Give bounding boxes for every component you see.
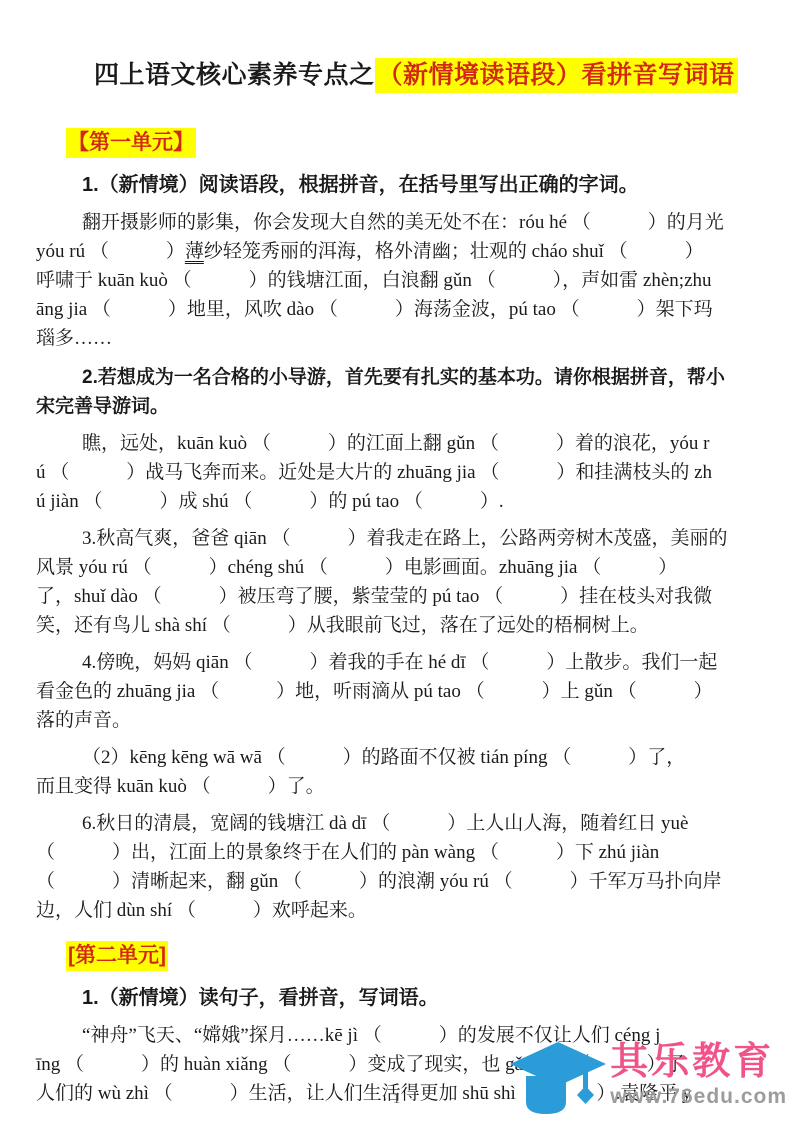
passage-segment: 纱轻笼秀丽的洱海，格外清幽；壮观的 cháo shuǐ （ ） xyxy=(204,241,704,262)
passage-line: 瑙多…… xyxy=(36,324,773,353)
unit1-question1-heading: 1.（新情境）阅读语段，根据拼音，在括号里写出正确的字词。 xyxy=(36,170,773,200)
worksheet-page: 四上语文核心素养专点之（新情境读语段）看拼音写词语 【第一单元】 1.（新情境）… xyxy=(0,0,793,1108)
unit1-label: 【第一单元】 xyxy=(66,128,196,158)
passage-line: 了，shuǐ dào （ ）被压弯了腰，紫莹莹的 pú tao （ ）挂在枝头对… xyxy=(36,582,773,611)
unit1-passage4: 4.傍晚，妈妈 qiān （ ）着我的手在 hé dī （ ）上散步。我们一起 … xyxy=(36,648,773,735)
passage-line: （ ）出，江面上的景象终于在人们的 pàn wàng （ ）下 zhú jiàn xyxy=(36,838,773,867)
watermark-url: www.76edu.com xyxy=(610,1084,787,1110)
passage-line: 而且变得 kuān kuò （ ）了。 xyxy=(36,772,773,801)
passage-line: 风景 yóu rú （ ）chéng shú （ ）电影画面。zhuāng ji… xyxy=(36,553,773,582)
watermark-text: 其乐教育 www.76edu.com xyxy=(610,1040,787,1110)
passage-line: ú （ ）战马飞奔而来。近处是大片的 zhuāng jia （ ）和挂满枝头的 … xyxy=(36,458,773,487)
unit2-label: [第二单元] xyxy=(66,941,168,971)
heading-line: 2.若想成为一名合格的小导游，首先要有扎实的基本功。请你根据拼音，帮小 xyxy=(36,363,773,392)
graduation-cap-icon xyxy=(508,1040,608,1122)
passage-line: 翻开摄影师的影集，你会发现大自然的美无处不在：róu hé （ ）的月光 xyxy=(36,208,773,237)
page-title: 四上语文核心素养专点之（新情境读语段）看拼音写词语 xyxy=(94,56,773,94)
unit1-passage2: 瞧，远处，kuān kuò （ ）的江面上翻 gǔn （ ）着的浪花，yóu r… xyxy=(36,429,773,516)
passage-line: （ ）清晰起来，翻 gǔn （ ）的浪潮 yóu rú （ ）千军万马扑向岸 xyxy=(36,867,773,896)
passage-line: ú jiàn （ ）成 shú （ ）的 pú tao （ ）. xyxy=(36,487,773,516)
passage-line: 边，人们 dùn shí （ ）欢呼起来。 xyxy=(36,896,773,925)
unit1-passage3: 3.秋高气爽，爸爸 qiān （ ）着我走在路上，公路两旁树木茂盛，美丽的 风景… xyxy=(36,524,773,640)
passage-line: 瞧，远处，kuān kuò （ ）的江面上翻 gǔn （ ）着的浪花，yóu r xyxy=(36,429,773,458)
passage-segment: yóu rú （ ） xyxy=(36,241,185,262)
unit2-question1-heading: 1.（新情境）读句子，看拼音，写词语。 xyxy=(36,983,773,1013)
unit1-question2-heading: 2.若想成为一名合格的小导游，首先要有扎实的基本功。请你根据拼音，帮小 宋完善导… xyxy=(36,363,773,421)
underlined-char: 薄 xyxy=(185,241,204,262)
heading-line: 宋完善导游词。 xyxy=(36,392,773,421)
unit1-passage1: 翻开摄影师的影集，你会发现大自然的美无处不在：róu hé （ ）的月光 yóu… xyxy=(36,208,773,353)
passage-line: 笑，还有鸟儿 shà shí （ ）从我眼前飞过，落在了远处的梧桐树上。 xyxy=(36,611,773,640)
passage-line: 呼啸于 kuān kuò （ ）的钱塘江面，白浪翻 gǔn （ ），声如雷 zh… xyxy=(36,266,773,295)
passage-line: 3.秋高气爽，爸爸 qiān （ ）着我走在路上，公路两旁树木茂盛，美丽的 xyxy=(36,524,773,553)
page-title-highlight: （新情境读语段）看拼音写词语 xyxy=(375,58,738,93)
passage-line: āng jia （ ）地里，风吹 dào （ ）海荡金波，pú tao （ ）架… xyxy=(36,295,773,324)
passage-line: （2）kēng kēng wā wā （ ）的路面不仅被 tián píng （… xyxy=(36,743,773,772)
unit1-passage6: 6.秋日的清晨，宽阔的钱塘江 dà dī （ ）上人山人海，随着红日 yuè （… xyxy=(36,809,773,925)
passage-line: 看金色的 zhuāng jia （ ）地，听雨滴从 pú tao （ ）上 gǔ… xyxy=(36,677,773,706)
passage-line: yóu rú （ ）薄纱轻笼秀丽的洱海，格外清幽；壮观的 cháo shuǐ （… xyxy=(36,237,773,266)
page-title-prefix: 四上语文核心素养专点之 xyxy=(94,61,375,89)
watermark-brand: 其乐教育 xyxy=(610,1040,787,1084)
passage-line: 落的声音。 xyxy=(36,706,773,735)
passage-line: 6.秋日的清晨，宽阔的钱塘江 dà dī （ ）上人山人海，随着红日 yuè xyxy=(36,809,773,838)
passage-line: 4.傍晚，妈妈 qiān （ ）着我的手在 hé dī （ ）上散步。我们一起 xyxy=(36,648,773,677)
watermark: 其乐教育 www.76edu.com xyxy=(508,1040,787,1122)
unit1-passage5: （2）kēng kēng wā wā （ ）的路面不仅被 tián píng （… xyxy=(36,743,773,801)
